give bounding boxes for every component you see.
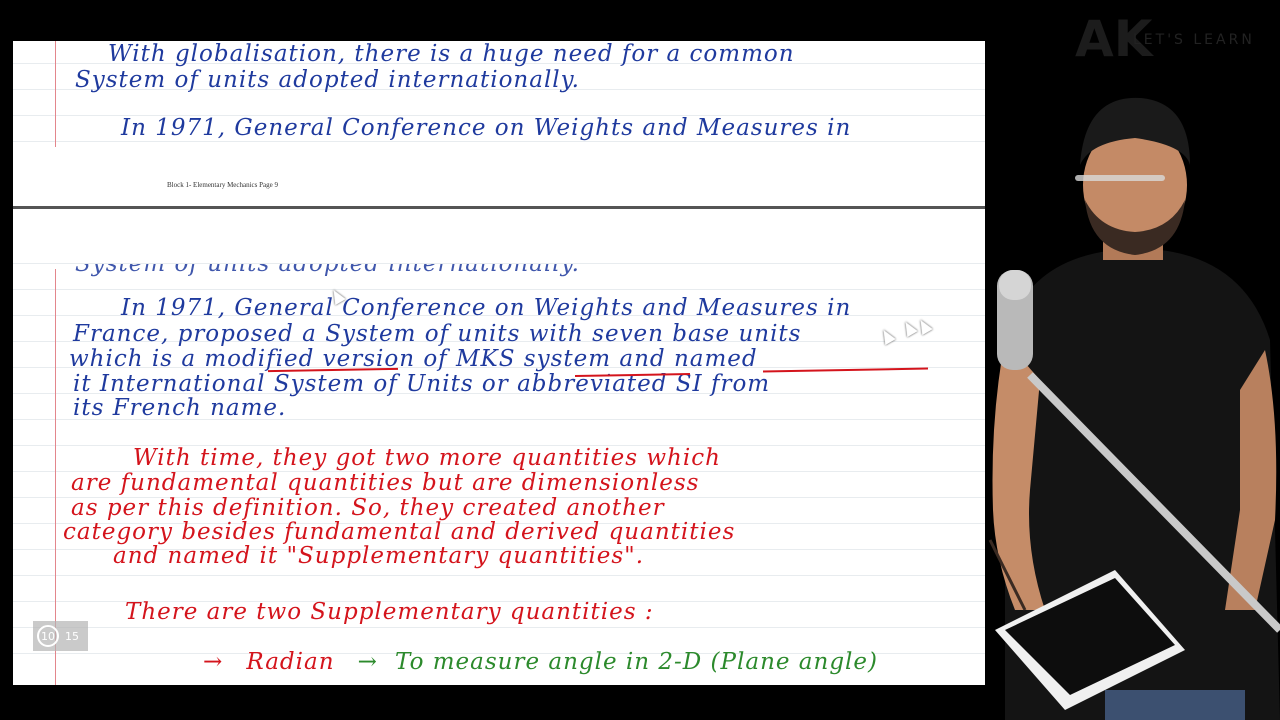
prev-line-1: With globalisation, there is a huge need… <box>108 41 795 67</box>
right-arrow-icon: → <box>358 649 378 675</box>
blue-line-3: which is a modified version of MKS syste… <box>69 346 758 372</box>
brand-logo: AK LET'S LEARN <box>1075 10 1275 65</box>
prev-line-3: In 1971, General Conference on Weights a… <box>121 115 851 141</box>
notebook-viewer[interactable]: With globalisation, there is a huge need… <box>13 41 985 685</box>
blue-line-5: its French name. <box>73 395 286 421</box>
presenter-video <box>985 90 1280 720</box>
mouse-cursor-icon <box>878 327 895 345</box>
bullet-arrow-icon: → <box>203 649 223 675</box>
prev-line-2: System of units adopted internationally. <box>75 67 580 93</box>
logo-text: LET'S LEARN <box>1133 32 1255 48</box>
red-line-2: are fundamental quantities but are dimen… <box>71 470 699 496</box>
current-page: System of units adopted internationally.… <box>13 209 985 685</box>
presenter-figure-icon <box>985 90 1280 720</box>
red-line-3: as per this definition. So, they created… <box>71 495 665 521</box>
list-heading: There are two Supplementary quantities : <box>125 599 654 625</box>
page-indicator[interactable]: 10 15 <box>33 621 88 651</box>
red-line-5: and named it "Supplementary quantities". <box>113 543 644 569</box>
previous-page: With globalisation, there is a huge need… <box>13 41 985 207</box>
mouse-cursor-icon <box>915 317 932 335</box>
blue-line-2: France, proposed a System of units with … <box>73 321 801 347</box>
list-description: To measure angle in 2-D (Plane angle) <box>395 649 878 675</box>
list-item: → Radian → To measure angle in 2-D (Plan… <box>203 649 878 675</box>
current-page-number: 10 <box>37 625 59 647</box>
underline-measures <box>763 368 928 373</box>
page-footer: Block 1- Elementary Mechanics Page 9 <box>167 181 278 189</box>
list-term: Radian <box>246 649 334 675</box>
red-line-4: category besides fundamental and derived… <box>63 519 735 545</box>
total-pages: 15 <box>65 630 79 643</box>
blue-line-1: In 1971, General Conference on Weights a… <box>121 295 851 321</box>
red-line-1: With time, they got two more quantities … <box>133 445 721 471</box>
partial-top-line: System of units adopted internationally. <box>75 251 580 277</box>
